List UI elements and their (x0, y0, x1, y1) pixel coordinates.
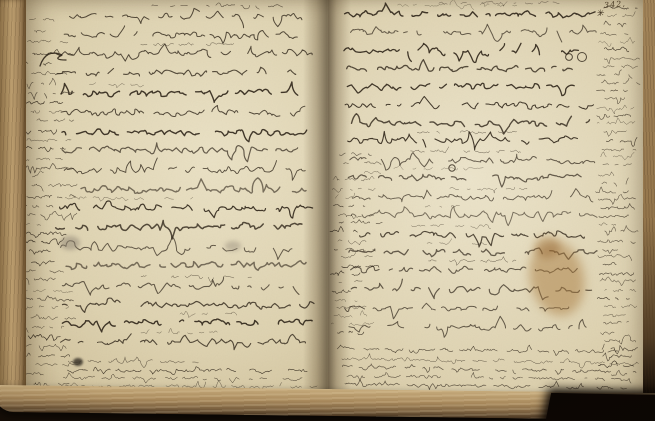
book-gutter-shadow (303, 0, 351, 400)
right-fore-edge (643, 0, 655, 397)
left-fore-edge (0, 0, 26, 404)
left-page (24, 0, 328, 400)
right-page (328, 0, 646, 398)
manuscript-photo: 342, ✳ (0, 0, 655, 421)
bottom-right-cover-shadow (545, 393, 655, 421)
asterisk-ornament-icon: ✳ (597, 9, 605, 19)
